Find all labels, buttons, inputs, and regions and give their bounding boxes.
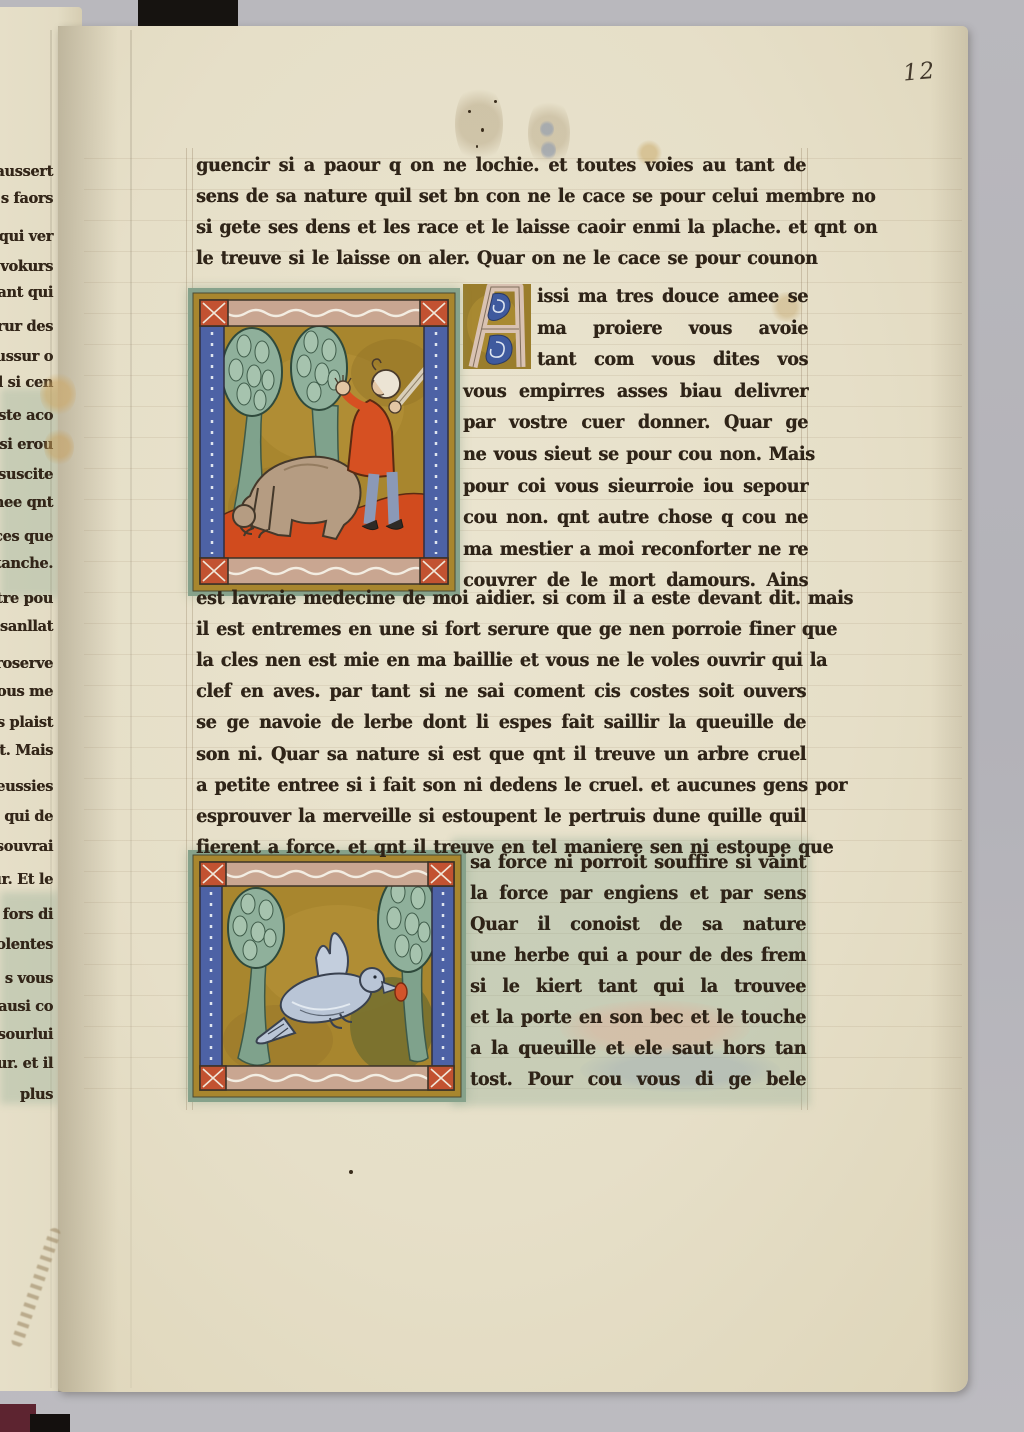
text-line: vous empirres asses biau delivrer [463, 381, 808, 408]
text-line: ma mestier a moi reconforter ne re [463, 539, 808, 566]
text-line: si gete ses dens et les race et le laiss… [196, 217, 806, 244]
text-line: ma proiere vous avoie [537, 318, 808, 345]
text-line: a petite entree si i fait son ni dedens … [196, 775, 806, 802]
text-block: guencir si a paour q on ne lochie. et to… [0, 0, 1024, 1432]
text-line: tost. Pour cou vous di ge bele [470, 1069, 806, 1096]
text-line: la force par engiens et par sens [470, 883, 806, 910]
text-line: guencir si a paour q on ne lochie. et to… [196, 155, 806, 182]
text-line: a la queuille et ele saut hors tan [470, 1038, 806, 1065]
text-line: si le kiert tant qui la trouvee [470, 976, 806, 1003]
text-line: et la porte en son bec et le touche [470, 1007, 806, 1034]
text-line: clef en aves. par tant si ne sai coment … [196, 682, 806, 709]
text-line: une herbe qui a pour de des frem [470, 945, 806, 972]
manuscript-photo: { "page": { "folio_number": "12" }, "tex… [0, 0, 1024, 1432]
text-line: esprouver la merveille si estoupent le p… [196, 806, 806, 833]
text-line: par vostre cuer donner. Quar ge [463, 413, 808, 440]
text-line: cou non. qnt autre chose q cou ne [463, 508, 808, 535]
text-line: sens de sa nature quil set bn con ne le … [196, 186, 806, 213]
text-line: il est entremes en une si fort serure qu… [196, 620, 806, 647]
text-line: pour coi vous sieurroie iou sepour [463, 476, 808, 503]
text-line: le treuve si le laisse on aler. Quar on … [196, 248, 806, 275]
text-line: son ni. Quar sa nature si est que qnt il… [196, 744, 806, 771]
text-line: tant com vous dites vos [537, 350, 808, 377]
text-line: ne vous sieut se pour cou non. Mais [463, 444, 808, 471]
text-line: Quar il conoist de sa nature [470, 914, 806, 941]
text-line: se ge navoie de lerbe dont li espes fait… [196, 713, 806, 740]
text-line: la cles nen est mie en ma baillie et vou… [196, 651, 806, 678]
text-line: est lavraie medecine de moi aidier. si c… [196, 588, 806, 615]
text-line: issi ma tres douce amee se [537, 286, 808, 313]
text-line: sa force ni porroit souffire si vaint [470, 852, 806, 879]
